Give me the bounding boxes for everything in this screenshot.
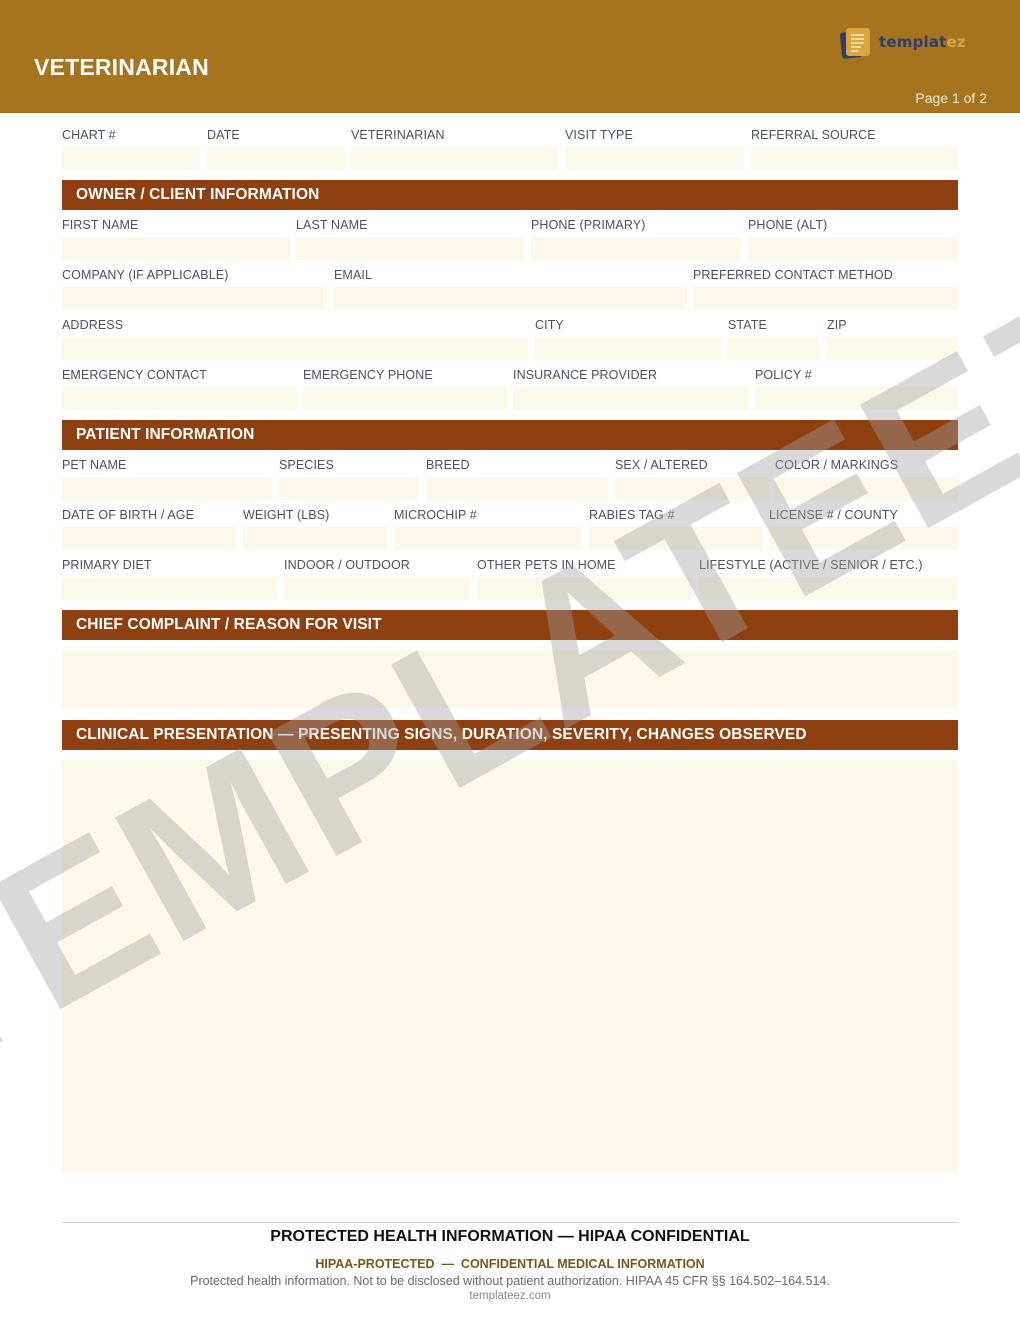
- last-name-field: LAST NAME: [296, 218, 524, 262]
- templateez-logo: templatez: [838, 27, 978, 61]
- field-label: RABIES TAG #: [589, 508, 675, 522]
- visit-info-row: CHART # DATE VETERINARIAN VISIT TYPE REF…: [62, 128, 958, 172]
- referral-source-input[interactable]: [751, 147, 958, 170]
- field-label: MICROCHIP #: [394, 508, 477, 522]
- license-county-field: LICENSE # / COUNTY: [769, 508, 958, 552]
- state-input[interactable]: [728, 337, 820, 360]
- patient-row-2: DATE OF BIRTH / AGE WEIGHT (LBS) MICROCH…: [62, 508, 958, 552]
- email-input[interactable]: [334, 287, 687, 310]
- field-label: COMPANY (IF APPLICABLE): [62, 268, 228, 282]
- section-header-patient: PATIENT INFORMATION: [62, 420, 958, 450]
- visit-type-field: VISIT TYPE: [565, 128, 744, 172]
- phone-primary-input[interactable]: [531, 237, 741, 260]
- footer-divider: [62, 1222, 958, 1223]
- other-pets-input[interactable]: [477, 577, 692, 600]
- first-name-input[interactable]: [62, 237, 290, 260]
- document-icon: [846, 28, 870, 56]
- patient-row-3: PRIMARY DIET INDOOR / OUTDOOR OTHER PETS…: [62, 558, 958, 602]
- rabies-tag-field: RABIES TAG #: [589, 508, 762, 552]
- field-label: PHONE (PRIMARY): [531, 218, 645, 232]
- microchip-field: MICROCHIP #: [394, 508, 582, 552]
- date-field: DATE: [207, 128, 345, 172]
- clinical-presentation-textarea[interactable]: [62, 760, 958, 1172]
- sex-altered-field: SEX / ALTERED: [615, 458, 769, 502]
- phone-alt-input[interactable]: [748, 237, 958, 260]
- preferred-contact-input[interactable]: [693, 287, 958, 310]
- field-label: COLOR / MARKINGS: [775, 458, 898, 472]
- last-name-input[interactable]: [296, 237, 524, 260]
- field-label: PHONE (ALT): [748, 218, 827, 232]
- footer-site-link[interactable]: templateez.com: [0, 1290, 1020, 1302]
- field-label: DATE OF BIRTH / AGE: [62, 508, 194, 522]
- field-label: INSURANCE PROVIDER: [513, 368, 657, 382]
- sex-altered-input[interactable]: [615, 477, 769, 500]
- field-label: DATE: [207, 128, 240, 142]
- patient-row-1: PET NAME SPECIES BREED SEX / ALTERED COL…: [62, 458, 958, 502]
- field-label: BREED: [426, 458, 470, 472]
- email-field: EMAIL: [334, 268, 687, 312]
- chart-number-field: CHART #: [62, 128, 200, 172]
- field-label: WEIGHT (LBS): [243, 508, 329, 522]
- emergency-phone-input[interactable]: [303, 387, 507, 410]
- insurance-provider-input[interactable]: [513, 387, 748, 410]
- field-label: EMERGENCY CONTACT: [62, 368, 207, 382]
- policy-number-field: POLICY #: [755, 368, 958, 412]
- emergency-phone-field: EMERGENCY PHONE: [303, 368, 507, 412]
- veterinarian-field: VETERINARIAN: [351, 128, 558, 172]
- field-label: SEX / ALTERED: [615, 458, 708, 472]
- dob-age-input[interactable]: [62, 527, 236, 550]
- phone-primary-field: PHONE (PRIMARY): [531, 218, 741, 262]
- policy-number-input[interactable]: [755, 387, 958, 410]
- field-label: CITY: [535, 318, 564, 332]
- first-name-field: FIRST NAME: [62, 218, 290, 262]
- visit-type-input[interactable]: [565, 147, 744, 170]
- breed-input[interactable]: [426, 477, 608, 500]
- indoor-outdoor-field: INDOOR / OUTDOOR: [284, 558, 470, 602]
- field-label: LICENSE # / COUNTY: [769, 508, 898, 522]
- footer-subtitle: HIPAA-PROTECTED — CONFIDENTIAL MEDICAL I…: [0, 1257, 1020, 1271]
- owner-row-4: EMERGENCY CONTACT EMERGENCY PHONE INSURA…: [62, 368, 958, 412]
- lifestyle-input[interactable]: [699, 577, 958, 600]
- footer-title: PROTECTED HEALTH INFORMATION — HIPAA CON…: [0, 1228, 1020, 1246]
- date-input[interactable]: [207, 147, 345, 170]
- color-markings-field: COLOR / MARKINGS: [775, 458, 958, 502]
- field-label: ZIP: [827, 318, 847, 332]
- owner-row-2: COMPANY (IF APPLICABLE) EMAIL PREFERRED …: [62, 268, 958, 312]
- field-label: LAST NAME: [296, 218, 368, 232]
- microchip-input[interactable]: [394, 527, 582, 550]
- veterinarian-input[interactable]: [351, 147, 558, 170]
- weight-field: WEIGHT (LBS): [243, 508, 387, 552]
- field-label: REFERRAL SOURCE: [751, 128, 876, 142]
- logo-wordmark: templatez: [879, 33, 966, 51]
- color-markings-input[interactable]: [775, 477, 958, 500]
- field-label: VETERINARIAN: [351, 128, 445, 142]
- dob-age-field: DATE OF BIRTH / AGE: [62, 508, 236, 552]
- emergency-contact-field: EMERGENCY CONTACT: [62, 368, 297, 412]
- rabies-tag-input[interactable]: [589, 527, 762, 550]
- page-indicator: Page 1 of 2: [915, 90, 987, 106]
- primary-diet-field: PRIMARY DIET: [62, 558, 277, 602]
- section-header-owner: OWNER / CLIENT INFORMATION: [62, 180, 958, 210]
- breed-field: BREED: [426, 458, 608, 502]
- field-label: LIFESTYLE (ACTIVE / SENIOR / ETC.): [699, 558, 923, 572]
- document-title: VETERINARIAN: [34, 54, 209, 81]
- phone-alt-field: PHONE (ALT): [748, 218, 958, 262]
- field-label: EMAIL: [334, 268, 372, 282]
- zip-field: ZIP: [827, 318, 958, 362]
- section-header-chief-complaint: CHIEF COMPLAINT / REASON FOR VISIT: [62, 610, 958, 640]
- license-county-input[interactable]: [769, 527, 958, 550]
- page-header: VETERINARIAN templatez Page 1 of 2: [0, 0, 1020, 113]
- city-input[interactable]: [535, 337, 721, 360]
- field-label: PET NAME: [62, 458, 126, 472]
- owner-row-1: FIRST NAME LAST NAME PHONE (PRIMARY) PHO…: [62, 218, 958, 262]
- company-field: COMPANY (IF APPLICABLE): [62, 268, 327, 312]
- field-label: ADDRESS: [62, 318, 123, 332]
- preferred-contact-field: PREFERRED CONTACT METHOD: [693, 268, 958, 312]
- field-label: FIRST NAME: [62, 218, 138, 232]
- field-label: PREFERRED CONTACT METHOD: [693, 268, 893, 282]
- field-label: SPECIES: [279, 458, 334, 472]
- address-input[interactable]: [62, 337, 528, 360]
- company-input[interactable]: [62, 287, 327, 310]
- footer-disclaimer: Protected health information. Not to be …: [0, 1274, 1020, 1288]
- insurance-provider-field: INSURANCE PROVIDER: [513, 368, 748, 412]
- field-label: EMERGENCY PHONE: [303, 368, 433, 382]
- zip-input[interactable]: [827, 337, 958, 360]
- field-label: PRIMARY DIET: [62, 558, 152, 572]
- section-header-clinical-presentation: CLINICAL PRESENTATION — PRESENTING SIGNS…: [62, 720, 958, 750]
- owner-row-3: ADDRESS CITY STATE ZIP: [62, 318, 958, 362]
- referral-source-field: REFERRAL SOURCE: [751, 128, 958, 172]
- emergency-contact-input[interactable]: [62, 387, 297, 410]
- field-label: CHART #: [62, 128, 116, 142]
- field-label: VISIT TYPE: [565, 128, 633, 142]
- species-field: SPECIES: [279, 458, 419, 502]
- weight-input[interactable]: [243, 527, 387, 550]
- field-label: STATE: [728, 318, 767, 332]
- field-label: OTHER PETS IN HOME: [477, 558, 616, 572]
- pet-name-field: PET NAME: [62, 458, 272, 502]
- chart-number-input[interactable]: [62, 147, 200, 170]
- indoor-outdoor-input[interactable]: [284, 577, 470, 600]
- chief-complaint-textarea[interactable]: [62, 650, 958, 708]
- field-label: POLICY #: [755, 368, 812, 382]
- other-pets-field: OTHER PETS IN HOME: [477, 558, 692, 602]
- species-input[interactable]: [279, 477, 419, 500]
- city-field: CITY: [535, 318, 721, 362]
- pet-name-input[interactable]: [62, 477, 272, 500]
- primary-diet-input[interactable]: [62, 577, 277, 600]
- address-field: ADDRESS: [62, 318, 528, 362]
- field-label: INDOOR / OUTDOOR: [284, 558, 410, 572]
- lifestyle-field: LIFESTYLE (ACTIVE / SENIOR / ETC.): [699, 558, 958, 602]
- state-field: STATE: [728, 318, 820, 362]
